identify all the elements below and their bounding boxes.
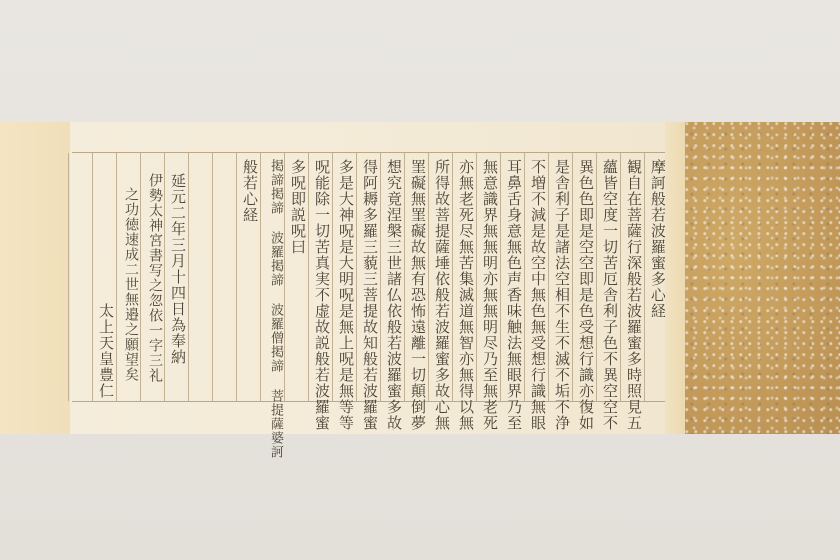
- colophon-column: 伊勢太神宮書写之忽依一字三礼: [140, 153, 165, 401]
- sutra-column: 亦無老死尽無苦集滅道無智亦無得以無: [452, 153, 477, 401]
- sutra-column: 所得故菩提薩埵依般若波羅蜜多故心無: [428, 153, 453, 401]
- sutra-column: 無意識界無無明亦無無明尽乃至無老死: [476, 153, 501, 401]
- signature-column: 太上天皇豊仁: [92, 153, 117, 401]
- sutra-column: 異色色即是空空即是色受想行識亦復如: [572, 153, 597, 401]
- sutra-column: 多是大神呪是大明呪是無上呪是無等等: [332, 153, 357, 401]
- colophon-column: 之功徳速成二世無邉之願望矣: [116, 153, 141, 401]
- blank-column: [68, 153, 93, 401]
- sutra-column: 観自在菩薩行深般若波羅蜜多時照見五: [620, 153, 645, 401]
- handscroll: 摩訶般若波羅蜜多心経 観自在菩薩行深般若波羅蜜多時照見五 蘊皆空度一切苦厄舎利子…: [0, 122, 840, 434]
- sutra-column: 想究竟涅槃三世諸仏依般若波羅蜜多故: [380, 153, 405, 401]
- sutra-column: 是舎利子是諸法空相不生不滅不垢不浄: [548, 153, 573, 401]
- sutra-column: 得阿耨多羅三藐三菩提故知般若波羅蜜: [356, 153, 381, 401]
- ruled-column-grid: 摩訶般若波羅蜜多心経 観自在菩薩行深般若波羅蜜多時照見五 蘊皆空度一切苦厄舎利子…: [72, 152, 668, 402]
- gold-leaf-silk-panel: [685, 122, 840, 434]
- sutra-column: 般若心経: [236, 153, 261, 401]
- scroll-end-paper: [0, 122, 71, 434]
- sutra-column: 罣礙無罣礙故無有恐怖遠離一切顛倒夢: [404, 153, 429, 401]
- paper-joint-strip: [665, 122, 685, 434]
- colophon-column: 延元二年三月十四日為奉納: [164, 153, 189, 401]
- sutra-paper: 摩訶般若波羅蜜多心経 観自在菩薩行深般若波羅蜜多時照見五 蘊皆空度一切苦厄舎利子…: [70, 122, 685, 434]
- sutra-column: 掲諦掲諦 波羅掲諦 波羅僧掲諦 菩提薩婆訶: [260, 153, 285, 401]
- blank-column: [188, 153, 213, 401]
- blank-column: [212, 153, 237, 401]
- sutra-column: 呪能除一切苦真実不虚故説般若波羅蜜: [308, 153, 333, 401]
- sutra-column: 多呪即説呪曰: [284, 153, 309, 401]
- sutra-column: 蘊皆空度一切苦厄舎利子色不異空空不: [596, 153, 621, 401]
- sutra-column: 耳鼻舌身意無色声香味触法無眼界乃至: [500, 153, 525, 401]
- sutra-column: 不増不減是故空中無色無受想行識無眼: [524, 153, 549, 401]
